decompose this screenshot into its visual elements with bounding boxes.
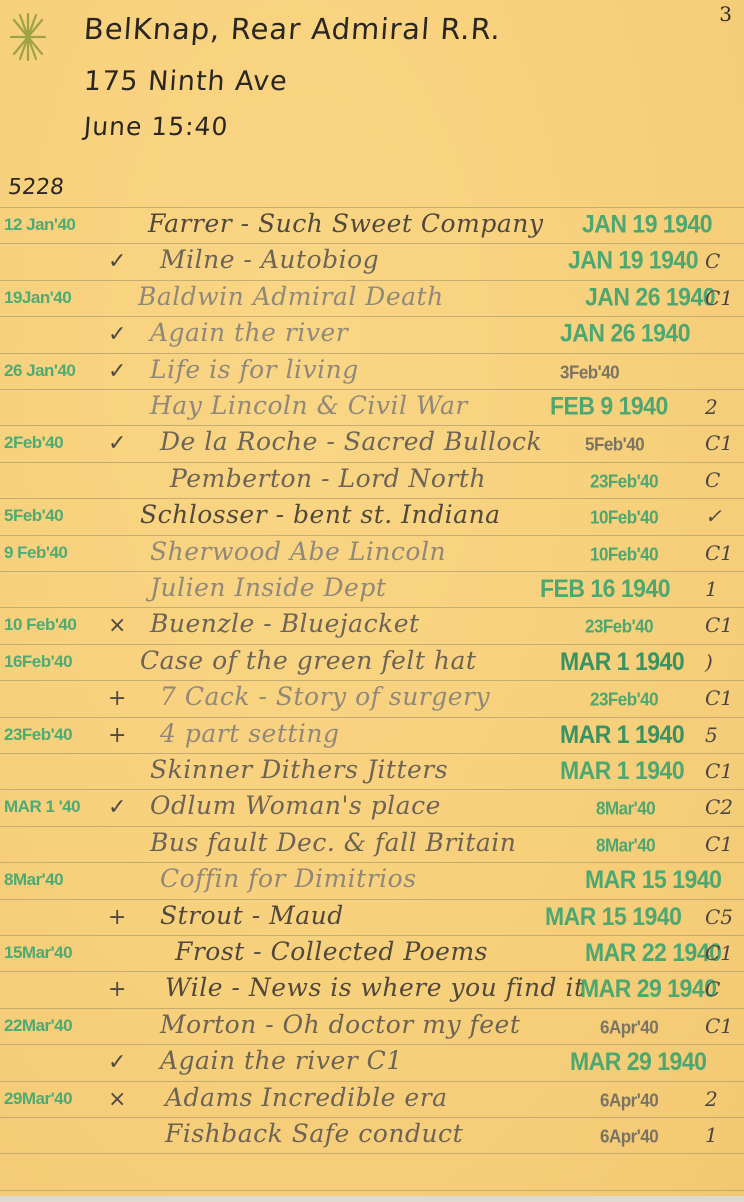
card-number: 5228 — [7, 175, 66, 200]
book-title: Fishback Safe conduct — [165, 1119, 463, 1148]
return-date-stamp: JAN 19 1940 — [568, 246, 698, 276]
return-note: C5 — [705, 905, 733, 929]
due-date-stamp: 8Mar'40 — [4, 870, 63, 890]
status-mark: ✓ — [108, 322, 126, 347]
ruled-line — [0, 353, 744, 354]
return-date-stamp: 8Mar'40 — [596, 798, 655, 820]
status-mark: ✓ — [108, 359, 126, 384]
book-title: Buenzle - Bluejacket — [150, 609, 420, 638]
return-note: 1 — [705, 577, 718, 601]
due-date-stamp: 9 Feb'40 — [4, 543, 67, 563]
return-date-stamp: MAR 1 1940 — [560, 646, 684, 676]
book-title: Coffin for Dimitrios — [160, 864, 417, 893]
ruled-line — [0, 389, 744, 390]
ruled-line — [0, 1008, 744, 1009]
ruled-line — [0, 607, 744, 608]
ruled-line — [0, 425, 744, 426]
status-mark: × — [108, 613, 126, 638]
status-mark: + — [108, 905, 126, 930]
return-note: C — [705, 468, 720, 492]
return-date-stamp: FEB 16 1940 — [540, 574, 670, 604]
ruled-line — [0, 680, 744, 681]
return-note: C1 — [705, 686, 733, 710]
return-note: C1 — [705, 1014, 733, 1038]
due-date-stamp: 16Feb'40 — [4, 652, 72, 672]
book-title: Milne - Autobiog — [160, 245, 379, 274]
book-title: Wile - News is where you find it — [165, 973, 585, 1002]
return-note: C1 — [705, 832, 733, 856]
ruled-line — [0, 1117, 744, 1118]
return-date-stamp: MAR 15 1940 — [545, 901, 681, 931]
book-title: Again the river — [150, 318, 348, 347]
due-date-stamp: 5Feb'40 — [4, 506, 63, 526]
return-date-stamp: JAN 26 1940 — [585, 282, 715, 312]
book-title: 7 Cack - Story of surgery — [160, 682, 490, 711]
return-date-stamp: MAR 29 1940 — [570, 1047, 706, 1077]
ruled-line — [0, 498, 744, 499]
due-date-stamp: 19Jan'40 — [4, 288, 71, 308]
return-note: C — [705, 249, 720, 273]
return-date-stamp: 23Feb'40 — [590, 471, 658, 493]
book-title: Bus fault Dec. & fall Britain — [150, 828, 516, 857]
return-date-stamp: MAR 15 1940 — [585, 865, 721, 895]
return-note: 5 — [705, 723, 718, 747]
return-date-stamp: MAR 29 1940 — [580, 974, 716, 1004]
book-title: Frost - Collected Poems — [175, 937, 488, 966]
page-number: 3 — [719, 2, 732, 26]
book-title: Hay Lincoln & Civil War — [150, 391, 468, 420]
return-date-stamp: 10Feb'40 — [590, 544, 658, 566]
ruled-line — [0, 1081, 744, 1082]
return-date-stamp: MAR 1 1940 — [560, 719, 684, 749]
return-date-stamp: 8Mar'40 — [596, 835, 655, 857]
ruled-line — [0, 316, 744, 317]
book-title: Life is for living — [150, 355, 359, 384]
card-bottom-edge — [0, 1196, 744, 1202]
return-date-stamp: JAN 19 1940 — [582, 210, 712, 240]
registration-date: June 15:40 — [83, 112, 229, 141]
status-mark: ✓ — [108, 249, 126, 274]
ruled-line — [0, 243, 744, 244]
return-note: C1 — [705, 286, 733, 310]
status-mark: + — [108, 723, 126, 748]
return-date-stamp: 23Feb'40 — [585, 616, 653, 638]
book-title: Skinner Dithers Jitters — [150, 755, 448, 784]
ruled-line — [0, 535, 744, 536]
status-mark: ✓ — [108, 795, 126, 820]
ruled-line — [0, 280, 744, 281]
return-note: C — [705, 977, 720, 1001]
ruled-line — [0, 717, 744, 718]
book-title: Julien Inside Dept — [150, 573, 386, 602]
ruled-line — [0, 899, 744, 900]
return-note: 2 — [705, 395, 718, 419]
ruled-line — [0, 1153, 744, 1154]
ruled-line — [0, 462, 744, 463]
status-mark: × — [108, 1087, 126, 1112]
book-title: De la Roche - Sacred Bullock — [160, 427, 542, 456]
due-date-stamp: 23Feb'40 — [4, 725, 72, 745]
return-date-stamp: JAN 26 1940 — [560, 319, 690, 349]
return-note: C1 — [705, 759, 733, 783]
return-date-stamp: 6Apr'40 — [600, 1126, 658, 1148]
return-date-stamp: 5Feb'40 — [585, 434, 644, 456]
due-date-stamp: 12 Jan'40 — [4, 215, 75, 235]
book-title: Strout - Maud — [160, 901, 344, 930]
return-note: ) — [705, 650, 713, 674]
return-date-stamp: 23Feb'40 — [590, 689, 658, 711]
return-note: C2 — [705, 795, 733, 819]
book-title: Sherwood Abe Lincoln — [150, 537, 446, 566]
library-card: 3 BelKnap, Rear Admiral R.R. 175 Ninth A… — [0, 0, 744, 1198]
return-note: C1 — [705, 431, 733, 455]
book-title: Morton - Oh doctor my feet — [160, 1010, 520, 1039]
book-title: Again the river C1 — [160, 1046, 403, 1075]
ruled-line — [0, 862, 744, 863]
ruled-line — [0, 1190, 744, 1191]
ruled-line — [0, 789, 744, 790]
book-title: Case of the green felt hat — [140, 646, 476, 675]
book-title: Schlosser - bent st. Indiana — [140, 500, 501, 529]
return-date-stamp: 6Apr'40 — [600, 1017, 658, 1039]
due-date-stamp: 29Mar'40 — [4, 1089, 72, 1109]
return-date-stamp: 10Feb'40 — [590, 507, 658, 529]
due-date-stamp: 15Mar'40 — [4, 943, 72, 963]
book-title: Pemberton - Lord North — [170, 464, 486, 493]
status-mark: + — [108, 686, 126, 711]
ruled-line — [0, 644, 744, 645]
due-date-stamp: MAR 1 '40 — [4, 797, 80, 817]
ruled-line — [0, 935, 744, 936]
book-title: Odlum Woman's place — [150, 791, 441, 820]
return-date-stamp: 3Feb'40 — [560, 362, 619, 384]
ruled-line — [0, 571, 744, 572]
ruled-line — [0, 826, 744, 827]
due-date-stamp: 22Mar'40 — [4, 1016, 72, 1036]
due-date-stamp: 26 Jan'40 — [4, 361, 75, 381]
return-note: 1 — [705, 1123, 718, 1147]
status-mark: ✓ — [108, 431, 126, 456]
return-date-stamp: 6Apr'40 — [600, 1090, 658, 1112]
book-title: Adams Incredible era — [165, 1083, 448, 1112]
patron-address: 175 Ninth Ave — [83, 66, 289, 97]
return-note: C1 — [705, 613, 733, 637]
due-date-stamp: 10 Feb'40 — [4, 615, 76, 635]
ruled-line — [0, 971, 744, 972]
ruled-line — [0, 207, 744, 208]
return-date-stamp: MAR 1 1940 — [560, 756, 684, 786]
return-note: ✓ — [705, 504, 722, 528]
return-note: C1 — [705, 541, 733, 565]
return-note: 2 — [705, 1087, 718, 1111]
book-title: 4 part setting — [160, 719, 340, 748]
ruled-line — [0, 753, 744, 754]
status-mark: ✓ — [108, 1050, 126, 1075]
status-mark: + — [108, 977, 126, 1002]
asterisk-star-icon — [8, 10, 48, 64]
book-title: Farrer - Such Sweet Company — [148, 209, 543, 238]
book-title: Baldwin Admiral Death — [138, 282, 444, 311]
return-note: C1 — [705, 941, 733, 965]
return-date-stamp: FEB 9 1940 — [550, 392, 668, 422]
patron-name: BelKnap, Rear Admiral R.R. — [83, 12, 502, 46]
return-date-stamp: MAR 22 1940 — [585, 938, 721, 968]
ruled-line — [0, 1044, 744, 1045]
due-date-stamp: 2Feb'40 — [4, 433, 63, 453]
